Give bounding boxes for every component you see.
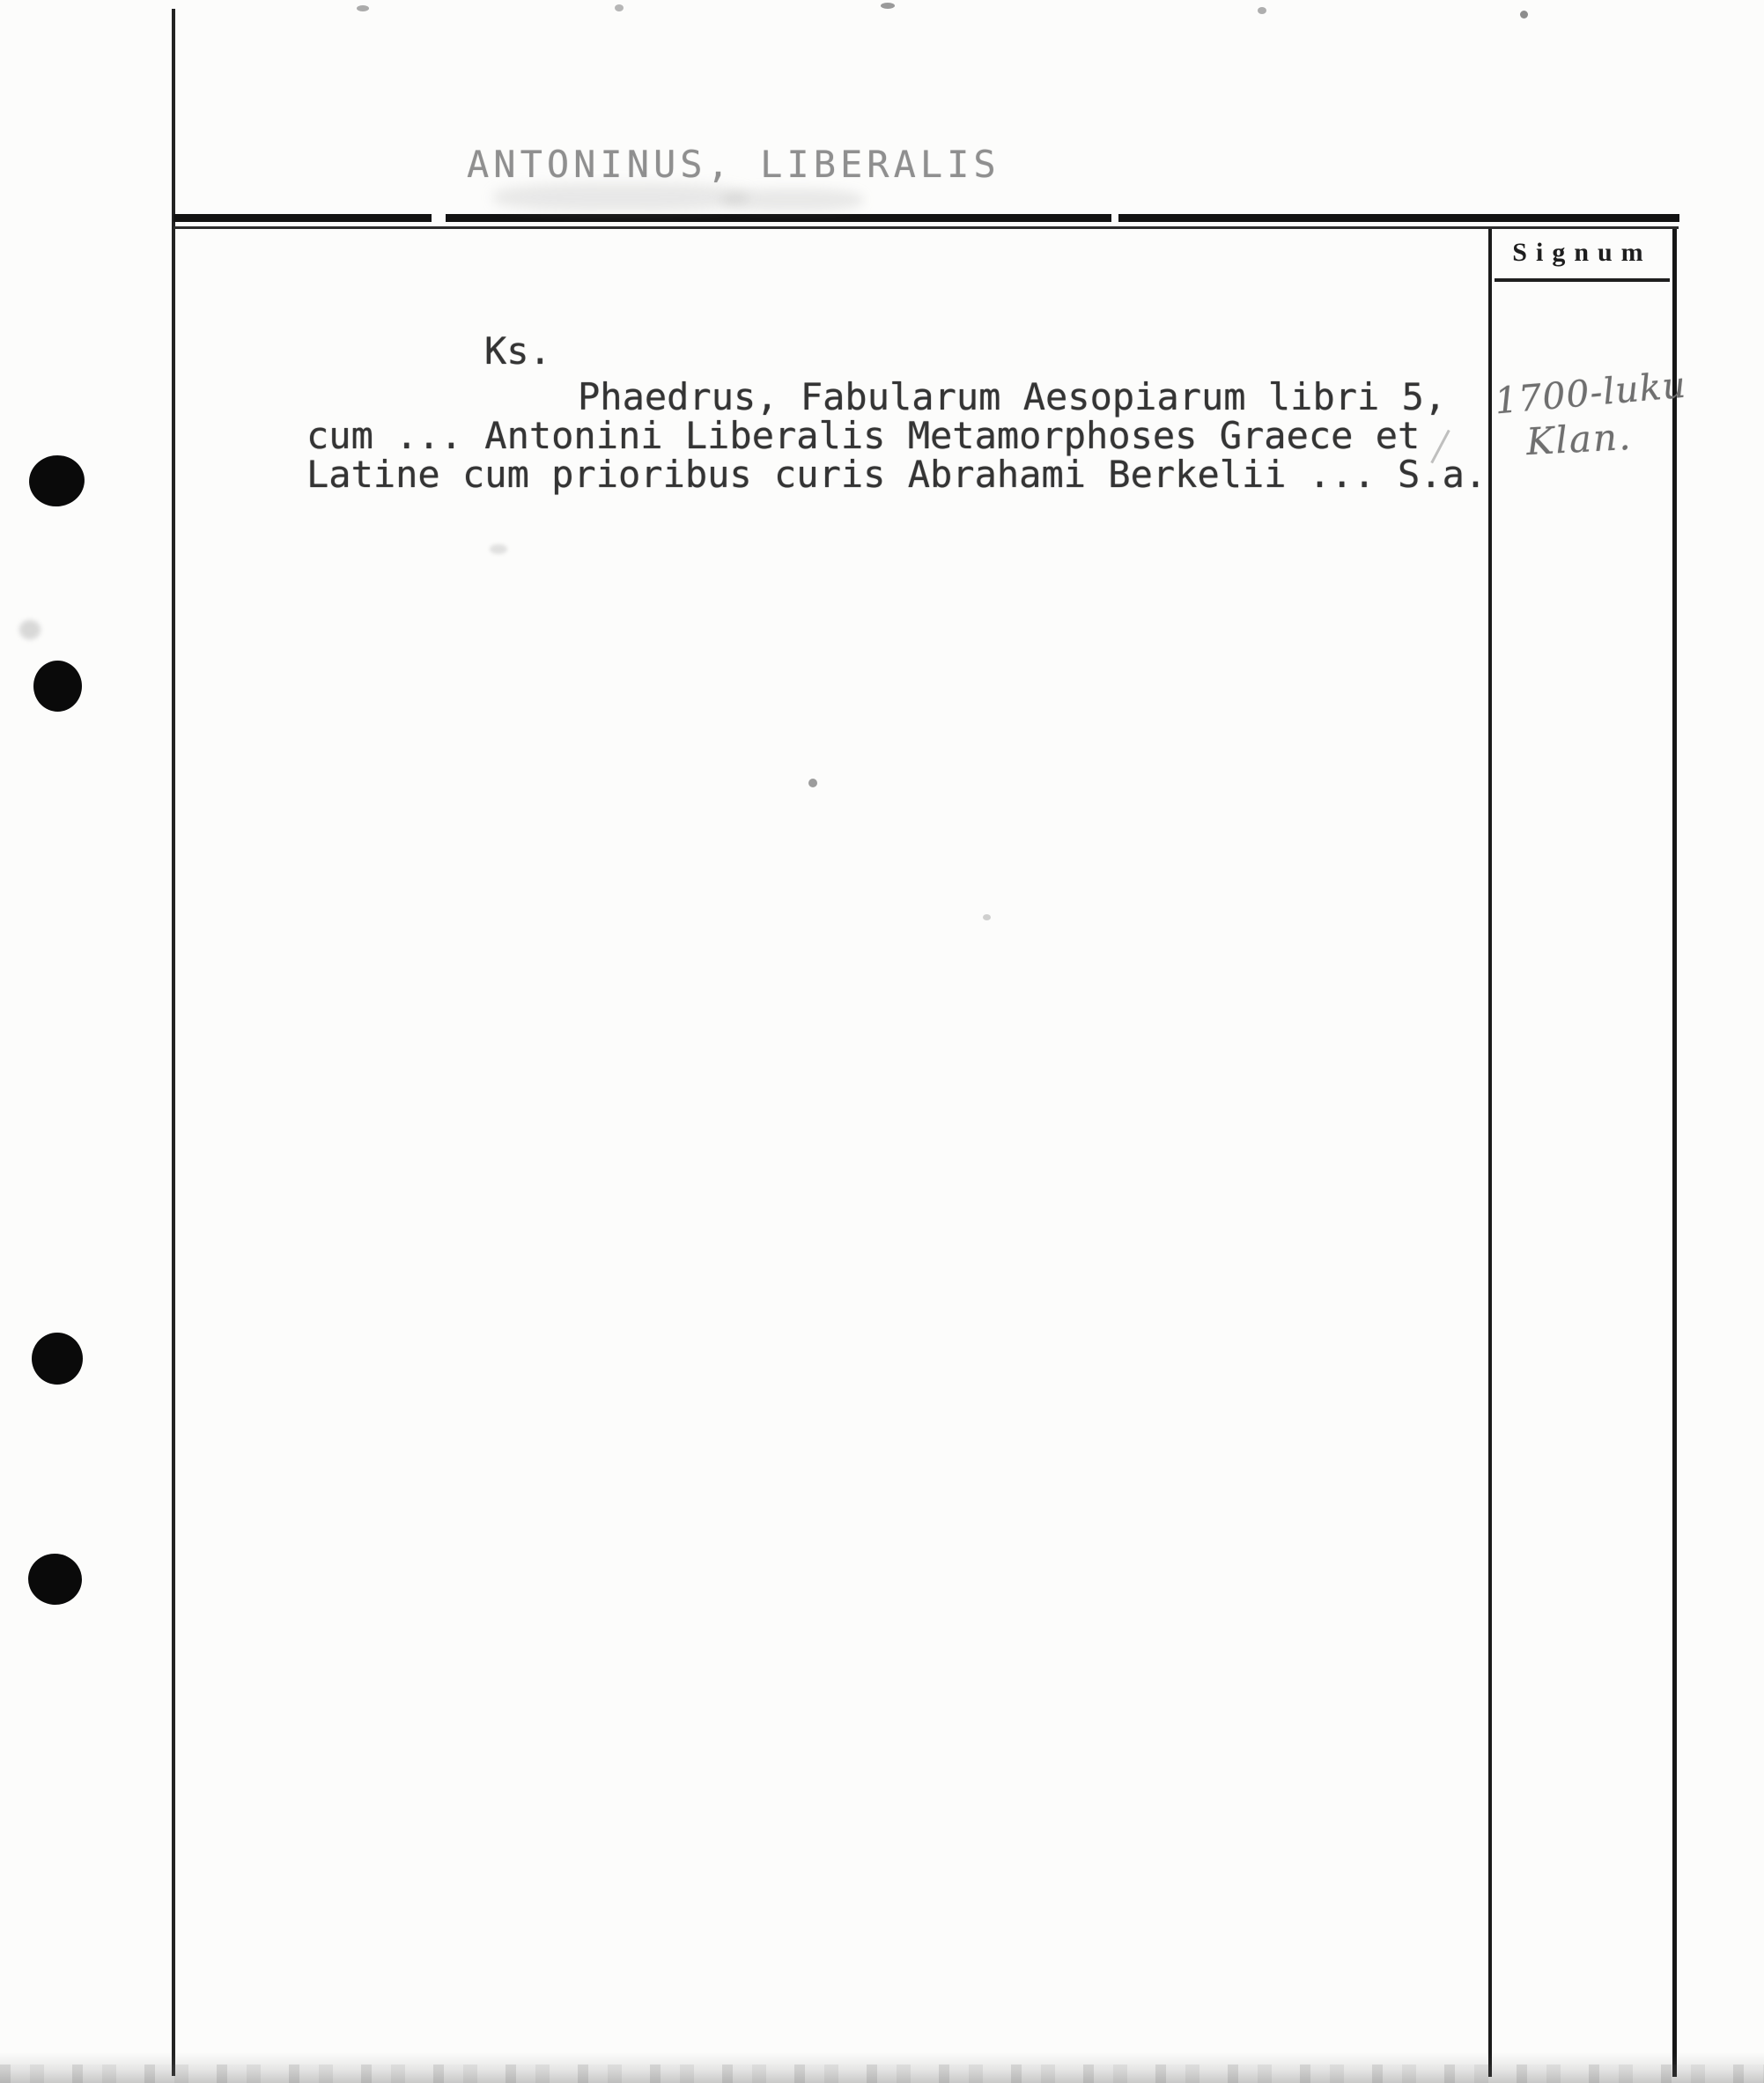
scan-edge-texture	[0, 2065, 1764, 2083]
left-margin-rule	[172, 9, 175, 2076]
handwritten-signum-line2: Klan.	[1525, 415, 1634, 463]
typed-line-ks: Ks.	[484, 333, 551, 370]
scan-speck	[881, 3, 895, 9]
scan-smudge	[490, 544, 507, 554]
typed-line-title: Phaedrus, Fabularum Aesopiarum libri 5,	[578, 379, 1446, 416]
punch-hole	[33, 661, 82, 712]
typed-line-continuation-1: cum ... Antonini Liberalis Metamorphoses…	[306, 417, 1420, 454]
punch-hole	[32, 1333, 83, 1385]
punch-hole	[26, 1551, 85, 1607]
typed-line-continuation-2: Latine cum prioribus curis Abrahami Berk…	[306, 456, 1487, 493]
faded-stamp-smudge	[722, 188, 863, 211]
signum-header-underline	[1495, 278, 1670, 282]
handwritten-signum-line1: 1700-luku	[1493, 364, 1687, 423]
header-divider-thick	[446, 214, 1111, 222]
scan-speck	[983, 914, 991, 920]
header-divider-thin	[173, 226, 1679, 229]
scan-speck	[357, 5, 369, 11]
library-catalog-card-scan: ANTONINUS, LIBERALIS Signum Ks. Phaedrus…	[0, 0, 1764, 2083]
header-divider-thick	[173, 214, 432, 222]
scan-speck	[808, 779, 817, 787]
signum-column-left-border	[1488, 229, 1492, 2077]
scan-smudge	[19, 620, 41, 639]
signum-column-header: Signum	[1492, 238, 1672, 268]
faded-stamp-smudge	[493, 183, 749, 211]
header-divider-thick	[1118, 214, 1679, 222]
signum-column-right-border	[1672, 229, 1677, 2077]
scan-speck	[1258, 7, 1266, 14]
scan-speck	[615, 4, 624, 11]
page-title: ANTONINUS, LIBERALIS	[467, 146, 1000, 183]
punch-hole	[26, 452, 87, 510]
scan-speck	[1520, 11, 1528, 18]
